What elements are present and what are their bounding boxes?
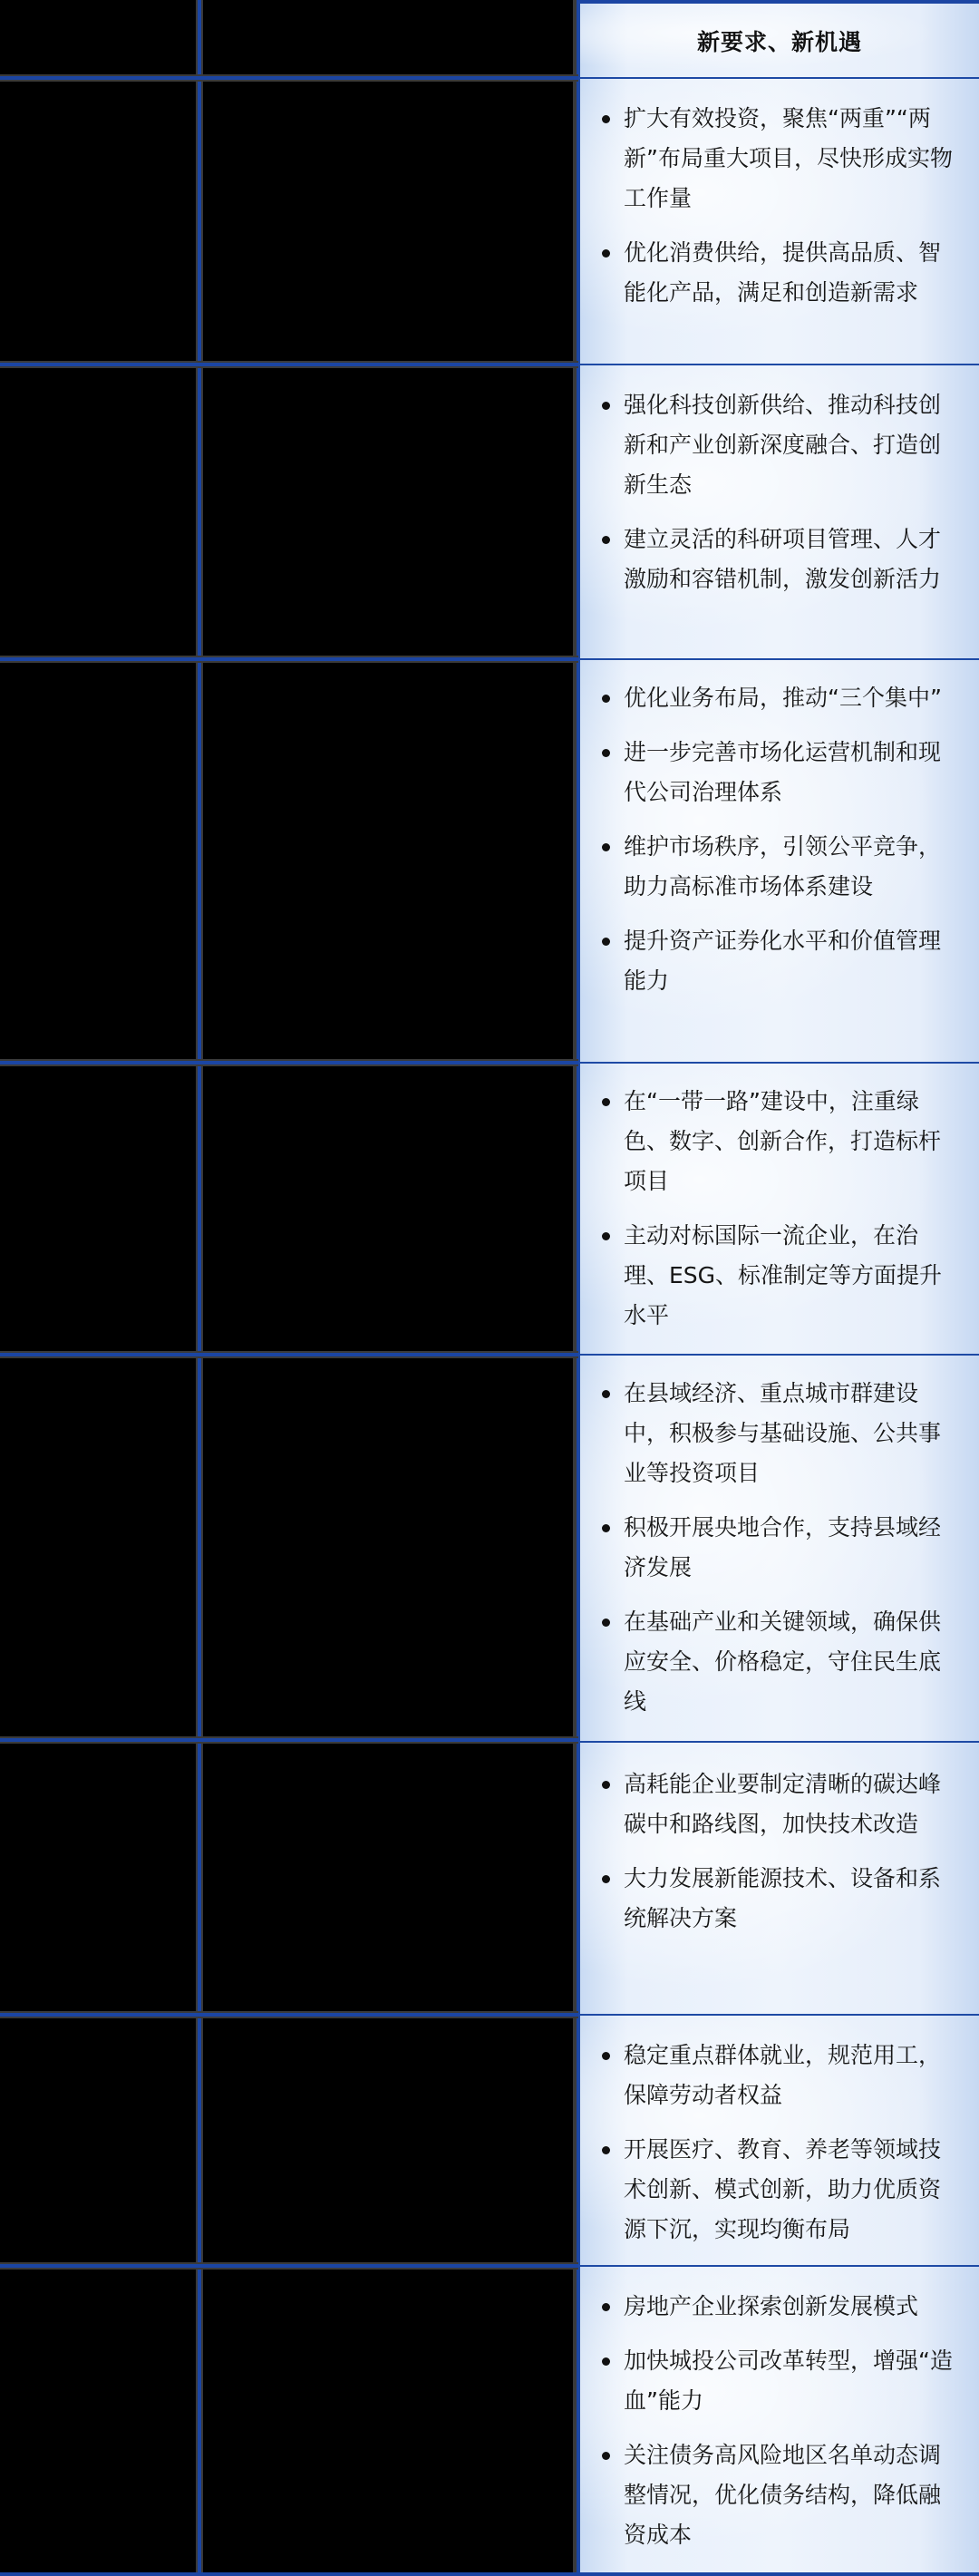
list-item: 强化科技创新供给、推动科技创新和产业创新深度融合、打造创新生态	[600, 385, 961, 505]
bullet-list: 强化科技创新供给、推动科技创新和产业创新深度融合、打造创新生态 建立灵活的科研项…	[600, 385, 961, 599]
list-item: 在县域经济、重点城市群建设中，积极参与基础设施、公共事业等投资项目	[600, 1374, 961, 1493]
bullet-icon	[602, 1781, 610, 1789]
table-row-6: 高耗能企业要制定清晰的碳达峰碳中和路线图，加快技术改造 大力发展新能源技术、设备…	[578, 1743, 979, 2016]
row-divider	[0, 1351, 578, 1358]
bullet-icon	[602, 402, 610, 410]
bullet-list: 优化业务布局，推动“三个集中” 进一步完善市场化运营机制和现代公司治理体系 维护…	[600, 678, 961, 1001]
row-divider	[0, 2262, 578, 2270]
bullet-icon	[602, 1524, 610, 1532]
bullet-list: 高耗能企业要制定清晰的碳达峰碳中和路线图，加快技术改造 大力发展新能源技术、设备…	[600, 1764, 961, 1939]
list-item: 提升资产证券化水平和价值管理能力	[600, 921, 961, 1001]
bullet-list: 房地产企业探索创新发展模式 加快城投公司改革转型，增强“造血”能力 关注债务高风…	[600, 2287, 961, 2555]
bullet-icon	[602, 1619, 610, 1627]
column-divider-1	[196, 0, 203, 2576]
bullet-icon	[602, 1390, 610, 1398]
list-item: 关注债务高风险地区名单动态调整情况，优化债务结构，降低融资成本	[600, 2435, 961, 2555]
requirements-table: 新要求、新机遇 扩大有效投资，聚焦“两重”“两新”布局重大项目，尽快形成实物工作…	[0, 0, 979, 2576]
row-divider	[0, 2011, 578, 2018]
list-item: 房地产企业探索创新发展模式	[600, 2287, 961, 2327]
list-item: 优化消费供给，提供高品质、智能化产品，满足和创造新需求	[600, 233, 961, 313]
bullet-icon	[602, 1875, 610, 1883]
row-divider	[0, 74, 578, 82]
list-item: 主动对标国际一流企业，在治理、ESG、标准制定等方面提升水平	[600, 1216, 961, 1336]
list-item: 在基础产业和关键领域，确保供应安全、价格稳定，守住民生底线	[600, 1602, 961, 1722]
bullet-icon	[602, 695, 610, 703]
bullet-icon	[602, 2052, 610, 2060]
new-requirements-column: 新要求、新机遇 扩大有效投资，聚焦“两重”“两新”布局重大项目，尽快形成实物工作…	[578, 0, 979, 2576]
bullet-icon	[602, 938, 610, 946]
list-item: 积极开展央地合作，支持县域经济发展	[600, 1508, 961, 1588]
bullet-icon	[602, 1098, 610, 1106]
bullet-icon	[602, 843, 610, 851]
table-row-1: 扩大有效投资，聚焦“两重”“两新”布局重大项目，尽快形成实物工作量 优化消费供给…	[578, 79, 979, 365]
table-row-2: 强化科技创新供给、推动科技创新和产业创新深度融合、打造创新生态 建立灵活的科研项…	[578, 365, 979, 660]
bullet-icon	[602, 2303, 610, 2311]
bullet-icon	[602, 1232, 610, 1240]
column-1-redacted	[0, 0, 196, 2576]
bullet-icon	[602, 115, 610, 123]
table-row-4: 在“一带一路”建设中，注重绿色、数字、创新合作，打造标杆项目 主动对标国际一流企…	[578, 1064, 979, 1356]
bullet-icon	[602, 2146, 610, 2154]
list-item: 维护市场秩序，引领公平竞争，助力高标准市场体系建设	[600, 827, 961, 907]
table-row-8: 房地产企业探索创新发展模式 加快城投公司改革转型，增强“造血”能力 关注债务高风…	[578, 2267, 979, 2576]
bullet-list: 在县域经济、重点城市群建设中，积极参与基础设施、公共事业等投资项目 积极开展央地…	[600, 1374, 961, 1722]
table-row-5: 在县域经济、重点城市群建设中，积极参与基础设施、公共事业等投资项目 积极开展央地…	[578, 1356, 979, 1743]
bullet-list: 稳定重点群体就业，规范用工，保障劳动者权益 开展医疗、教育、养老等领域技术创新、…	[600, 2036, 961, 2250]
row-divider	[0, 656, 578, 663]
bullet-icon	[602, 536, 610, 544]
list-item: 加快城投公司改革转型，增强“造血”能力	[600, 2341, 961, 2421]
row-divider	[0, 361, 578, 368]
table-bottom-border	[0, 2572, 979, 2576]
column-2-redacted	[203, 0, 573, 2576]
bullet-icon	[602, 2357, 610, 2366]
list-item: 大力发展新能源技术、设备和系统解决方案	[600, 1859, 961, 1939]
row-divider	[0, 1736, 578, 1744]
list-item: 在“一带一路”建设中，注重绿色、数字、创新合作，打造标杆项目	[600, 1082, 961, 1201]
table-row-3: 优化业务布局，推动“三个集中” 进一步完善市场化运营机制和现代公司治理体系 维护…	[578, 660, 979, 1064]
list-item: 开展医疗、教育、养老等领域技术创新、模式创新，助力优质资源下沉，实现均衡布局	[600, 2130, 961, 2250]
bullet-icon	[602, 749, 610, 757]
row-divider	[0, 1059, 578, 1066]
table-row-7: 稳定重点群体就业，规范用工，保障劳动者权益 开展医疗、教育、养老等领域技术创新、…	[578, 2016, 979, 2267]
bullet-list: 在“一带一路”建设中，注重绿色、数字、创新合作，打造标杆项目 主动对标国际一流企…	[600, 1082, 961, 1336]
column-header: 新要求、新机遇	[578, 0, 979, 79]
list-item: 建立灵活的科研项目管理、人才激励和容错机制，激发创新活力	[600, 520, 961, 599]
list-item: 高耗能企业要制定清晰的碳达峰碳中和路线图，加快技术改造	[600, 1764, 961, 1844]
list-item: 优化业务布局，推动“三个集中”	[600, 678, 961, 718]
bullet-icon	[602, 249, 610, 258]
list-item: 稳定重点群体就业，规范用工，保障劳动者权益	[600, 2036, 961, 2115]
list-item: 扩大有效投资，聚焦“两重”“两新”布局重大项目，尽快形成实物工作量	[600, 99, 961, 219]
list-item: 进一步完善市场化运营机制和现代公司治理体系	[600, 733, 961, 812]
bullet-list: 扩大有效投资，聚焦“两重”“两新”布局重大项目，尽快形成实物工作量 优化消费供给…	[600, 99, 961, 313]
column-header-title: 新要求、新机遇	[697, 24, 862, 57]
bullet-icon	[602, 2452, 610, 2460]
